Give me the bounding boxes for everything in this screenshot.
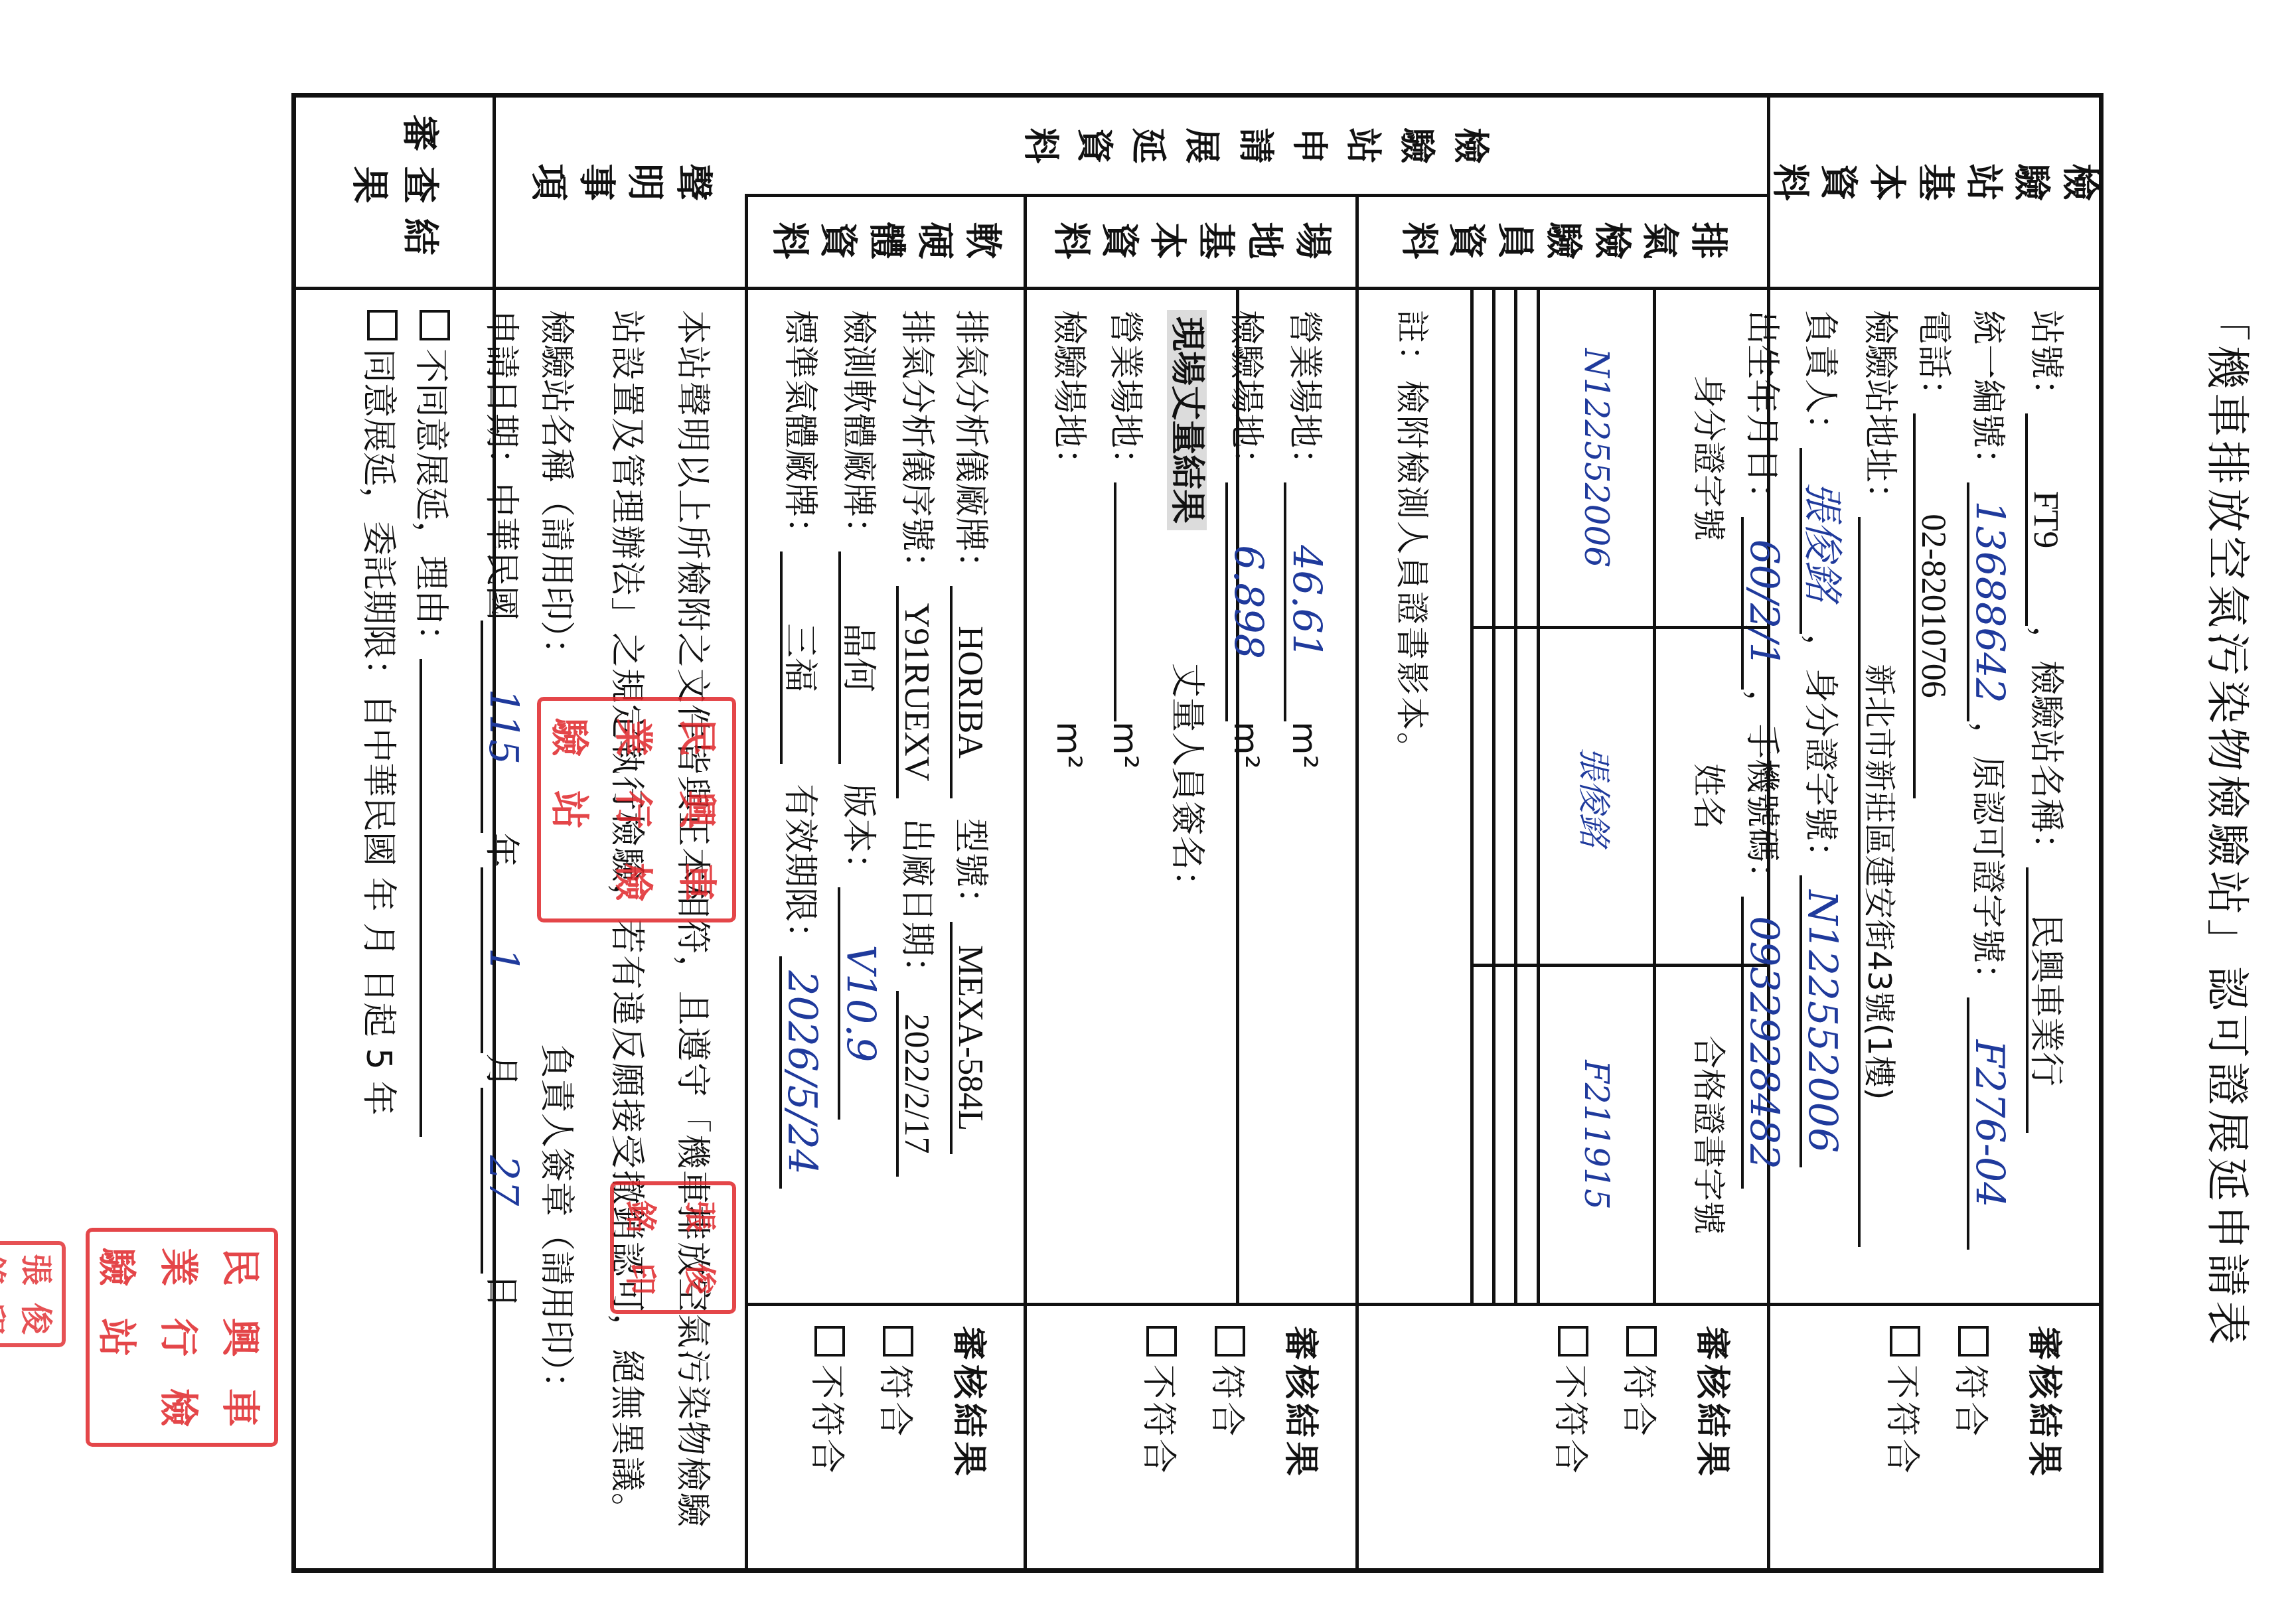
survey-business-field[interactable] bbox=[1114, 482, 1151, 721]
checkbox-approve[interactable] bbox=[367, 310, 398, 340]
phone-field[interactable]: 02-82010706 bbox=[1913, 413, 1950, 798]
section-station-basic: 檢驗站基本資料 站號： FT9 ，檢驗站名稱： 民興車業行 統一編號： 1368… bbox=[1767, 98, 2099, 1568]
owner-field[interactable]: 張俊銘 bbox=[1799, 448, 1842, 634]
hardware-review: 審核結果 符合 不符合 bbox=[748, 1303, 1024, 1568]
checkbox-conform[interactable] bbox=[1627, 1326, 1657, 1357]
station-basic-review: 審核結果 符合 不符合 bbox=[1770, 1303, 2099, 1568]
declaration-label: 聲明事項 bbox=[496, 98, 745, 290]
col-name: 姓名 bbox=[1654, 628, 1767, 966]
inspector-table: 身分證字號 姓名 合格證書字號 N122552006 張俊銘 F211915 註… bbox=[1359, 290, 1767, 1303]
inspector-note: 註：檢附檢測人員證書影本。 bbox=[1359, 290, 1472, 1303]
col-id: 身分證字號 bbox=[1654, 290, 1767, 628]
expiry-field[interactable]: 2026/5/24 bbox=[779, 956, 822, 1189]
table-row: N122552006 張俊銘 F211915 bbox=[1538, 290, 1654, 1303]
station-basic-label: 檢驗站基本資料 bbox=[1770, 98, 2099, 290]
site-label: 場地基本資料 bbox=[1027, 197, 1355, 290]
mfg-date-field[interactable]: 2022/2/17 bbox=[896, 991, 933, 1177]
margin-station-seal-stamp: 民興車業行檢驗站 bbox=[86, 1228, 278, 1447]
owner-id-field[interactable]: N122552006 bbox=[1799, 875, 1842, 1167]
reject-reason-field[interactable] bbox=[420, 659, 457, 1137]
station-seal-stamp: 民興車業行檢驗站 bbox=[537, 697, 736, 922]
software-brand-field[interactable]: 晶何 bbox=[838, 551, 876, 764]
original-cert-field[interactable]: F276-04 bbox=[1967, 997, 2009, 1250]
survey-inspection-field[interactable] bbox=[1057, 482, 1092, 721]
station-name-field[interactable]: 民興車業行 bbox=[2026, 867, 2063, 1133]
serial-field[interactable]: Y91RUEXV bbox=[896, 586, 933, 798]
gas-brand-field[interactable]: 三福 bbox=[780, 551, 817, 764]
table-row bbox=[1472, 290, 1493, 1303]
inspector-label: 排氣檢驗員資料 bbox=[1359, 197, 1767, 290]
section-site: 場地基本資料 營業場地： 46.61 m² 檢驗場地： 6.898 m² bbox=[1024, 197, 1355, 1568]
margin-owner-seal-stamp: 張俊銘印 bbox=[0, 1241, 66, 1347]
checkbox-nonconform[interactable] bbox=[1890, 1326, 1921, 1357]
section-inspector: 排氣檢驗員資料 身分證字號 姓名 合格證書字號 N122552006 張俊銘 F… bbox=[1355, 197, 1767, 1568]
checkbox-nonconform[interactable] bbox=[1147, 1326, 1178, 1357]
site-review: 審核結果 符合 不符合 bbox=[1027, 1303, 1355, 1568]
version-field[interactable]: V10.9 bbox=[838, 887, 880, 1120]
station-no-field[interactable]: FT9 bbox=[2025, 413, 2062, 626]
declaration-body: 本站聲明以上所檢附之文件皆與正本相符，且遵守「機車排放空氣污染物檢驗站設置及管理… bbox=[496, 290, 745, 1568]
site-body: 營業場地： 46.61 m² 檢驗場地： 6.898 m² 現場丈量結果 丈量人… bbox=[1027, 290, 1355, 1303]
model-field[interactable]: MEXA-584L bbox=[950, 922, 987, 1154]
declaration-text: 本站聲明以上所檢附之文件皆與正本相符，且遵守「機車排放空氣污染物檢驗站設置及管理… bbox=[593, 310, 725, 1548]
result-label: 審查結果 bbox=[296, 98, 493, 290]
checkbox-reject[interactable] bbox=[420, 310, 450, 340]
table-row bbox=[1493, 290, 1515, 1303]
station-basic-body: 站號： FT9 ，檢驗站名稱： 民興車業行 統一編號： 13688642 ，原認… bbox=[1770, 290, 2099, 1303]
section-result: 審查結果 不同意展延，理由： 同意展延，委託期限：自中華民國 年 月 日起 5 … bbox=[296, 98, 493, 1568]
survey-result-label: 現場丈量結果 bbox=[1167, 310, 1207, 530]
result-body: 不同意展延，理由： 同意展延，委託期限：自中華民國 年 月 日起 5 年 bbox=[296, 290, 493, 1568]
hardware-body: 排氣分析儀廠牌： HORIBA 型號： MEXA-584L 排氣分析儀序號： Y… bbox=[748, 290, 1024, 1303]
analyzer-brand-field[interactable]: HORIBA bbox=[950, 586, 987, 798]
applicant-section-label: 檢驗站申請展延資料 bbox=[745, 98, 1767, 197]
inspection-area-field[interactable]: 6.898 bbox=[1225, 482, 1268, 721]
checkbox-conform[interactable] bbox=[1959, 1326, 1989, 1357]
unified-no-field[interactable]: 13688642 bbox=[1967, 482, 2009, 721]
form-title: 「機車排放空氣污染物檢驗站」認可證展延申請表 bbox=[2200, 192, 2263, 1453]
business-area-field[interactable]: 46.61 bbox=[1284, 482, 1326, 721]
checkbox-conform[interactable] bbox=[883, 1326, 914, 1357]
inspector-review: 審核結果 符合 不符合 bbox=[1359, 1303, 1767, 1568]
section-hardware: 軟硬體資料 排氣分析儀廠牌： HORIBA 型號： MEXA-584L 排氣分析… bbox=[745, 197, 1024, 1568]
address-field[interactable]: 新北市新莊區建安街43號(1樓) bbox=[1858, 517, 1895, 1247]
inspector-header-row: 身分證字號 姓名 合格證書字號 bbox=[1654, 290, 1767, 1303]
checkbox-nonconform[interactable] bbox=[1559, 1326, 1589, 1357]
table-row bbox=[1516, 290, 1538, 1303]
checkbox-nonconform[interactable] bbox=[815, 1326, 846, 1357]
hardware-label: 軟硬體資料 bbox=[748, 197, 1024, 290]
col-cert: 合格證書字號 bbox=[1654, 965, 1767, 1303]
application-form-page: 「機車排放空氣污染物檢驗站」認可證展延申請表 檢驗站基本資料 站號： FT9 ，… bbox=[0, 0, 2296, 1614]
checkbox-conform[interactable] bbox=[1215, 1326, 1246, 1357]
owner-seal-stamp: 張俊銘印 bbox=[610, 1181, 736, 1314]
